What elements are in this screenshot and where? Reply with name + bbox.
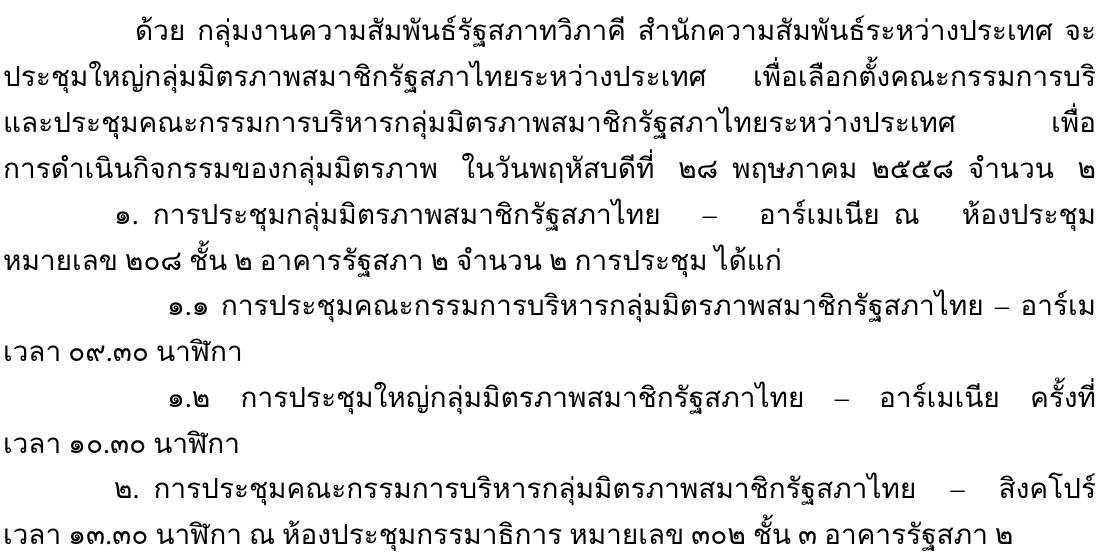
text-line-1: ด้วย กลุ่มงานความสัมพันธ์รัฐสภาทวิภาคี ส… <box>3 9 1096 55</box>
text-line-12: เวลา ๑๓.๓๐ นาฬิกา ณ ห้องประชุมกรรมาธิการ… <box>3 513 1096 558</box>
text-line-2: ประชุมใหญ่กลุ่มมิตรภาพสมาชิกรัฐสภาไทยระห… <box>3 55 1096 101</box>
text-line-6: หมายเลข ๒๐๘ ชั้น ๒ อาคารรัฐสภา ๒ จำนวน ๒… <box>3 239 1096 284</box>
text-line-10: เวลา ๑๐.๓๐ นาฬิกา <box>3 422 1096 467</box>
text-line-7-item-1-1: ๑.๑ การประชุมคณะกรรมการบริหารกลุ่มมิตรภา… <box>3 284 1096 330</box>
text-line-5-item-1: ๑. การประชุมกลุ่มมิตรภาพสมาชิกรัฐสภาไทย … <box>3 193 1096 239</box>
document-page: ด้วย กลุ่มงานความสัมพันธ์รัฐสภาทวิภาคี ส… <box>0 0 1112 559</box>
text-line-9-item-1-2: ๑.๒ การประชุมใหญ่กลุ่มมิตรภาพสมาชิกรัฐสภ… <box>3 376 1096 422</box>
text-line-3: และประชุมคณะกรรมการบริหารกลุ่มมิตรภาพสมา… <box>3 101 1096 147</box>
text-line-4: การดำเนินกิจกรรมของกลุ่มมิตรภาพ ในวันพฤห… <box>3 147 1096 193</box>
text-line-8: เวลา ๐๙.๓๐ นาฬิกา <box>3 330 1096 375</box>
text-line-11-item-2: ๒. การประชุมคณะกรรมการบริหารกลุ่มมิตรภาพ… <box>3 467 1096 513</box>
